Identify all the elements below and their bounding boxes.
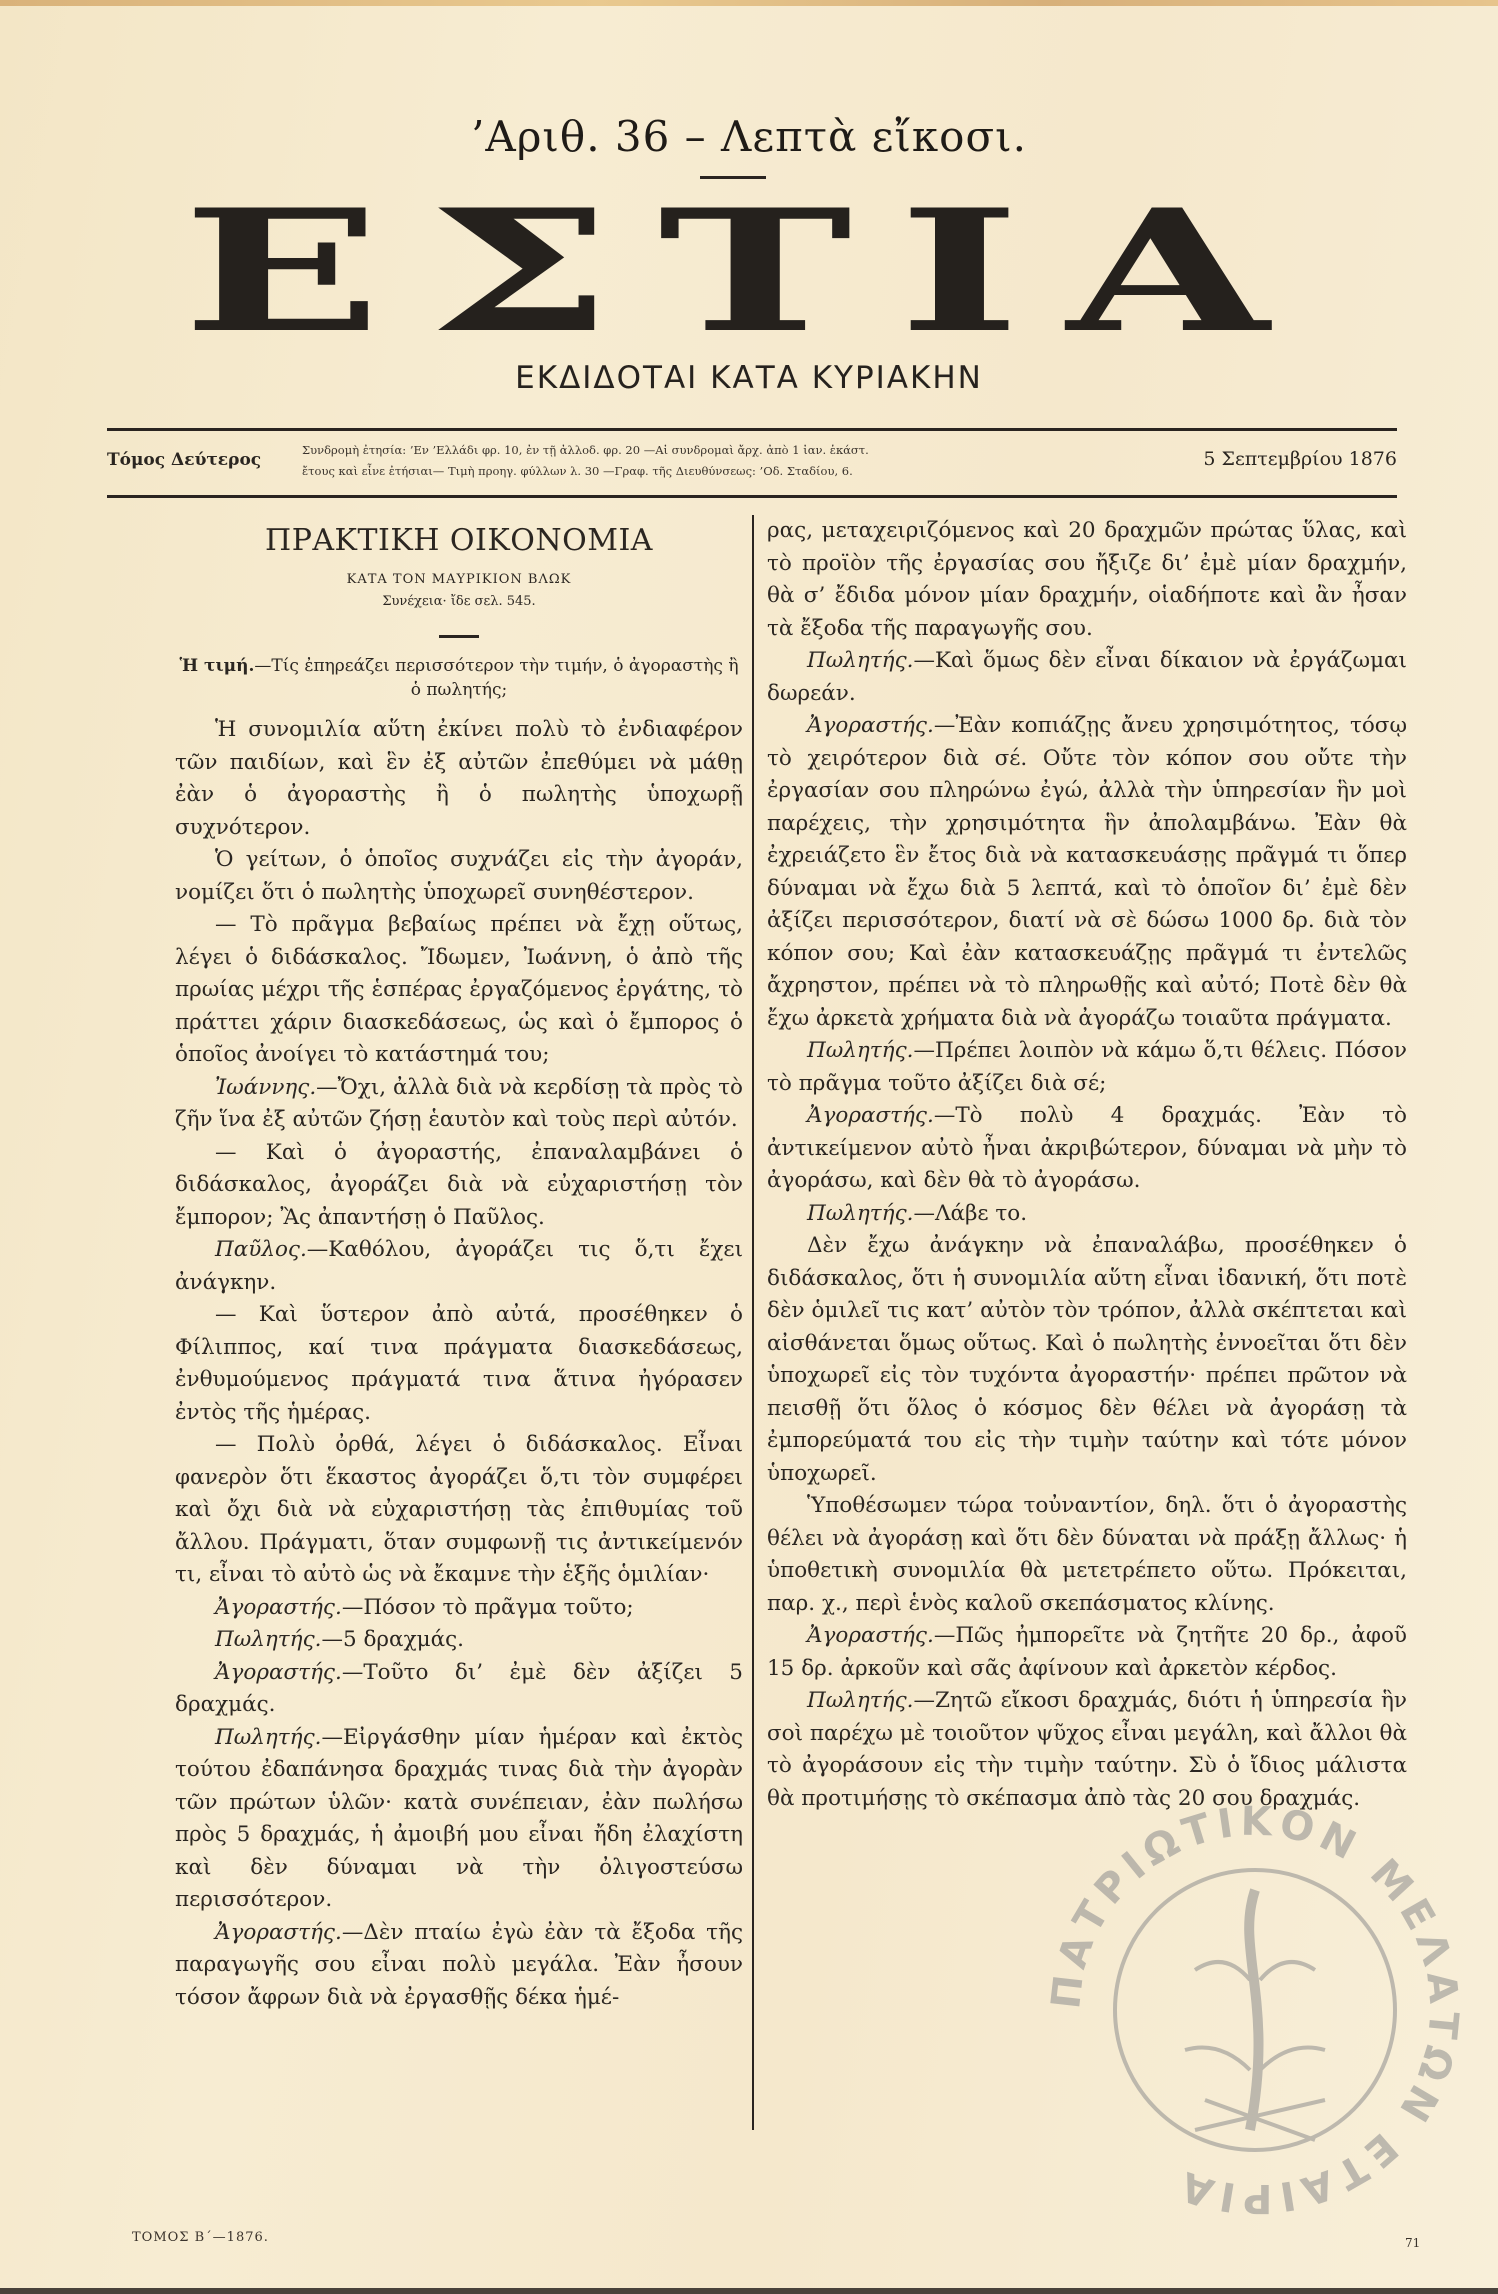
publication-info-band: Τόμος Δεύτερος Συνδρομὴ ἐτησία: ’Εν ’Ελλ…: [107, 428, 1397, 498]
band-rule-top: [107, 428, 1397, 431]
paragraph-text: —Πόσον τὸ πρᾶγμα τοῦτο;: [342, 1595, 634, 1620]
paragraph: Ἀγοραστής.—Τὸ πολὺ 4 δραχμάς. Ἐὰν τὸ ἀντ…: [767, 1100, 1407, 1198]
paragraph: Ὑποθέσωμεν τώρα τοὐναντίον, δηλ. ὅτι ὁ ἀ…: [767, 1490, 1407, 1620]
paragraph: — Καὶ ὕστερον ἀπὸ αὐτά, προσέθηκεν ὁ Φίλ…: [175, 1299, 743, 1429]
svg-text:ΠΑΤΡΙΩΤΙΚΟΝ ΜΕΛΑΤΩΝ ΕΤΑΙΡΙΑ: ΠΑΤΡΙΩΤΙΚΟΝ ΜΕΛΑΤΩΝ ΕΤΑΙΡΙΑ: [1045, 1800, 1465, 2220]
page-bottom-edge: [0, 2288, 1498, 2294]
section-label: Ἡ τιμή.: [179, 656, 254, 676]
paragraph-text: Δὲν ἔχω ἀνάγκην νὰ ἐπαναλάβω, προσέθηκεν…: [767, 1233, 1407, 1486]
right-column: ρας, μεταχειριζόμενος καὶ 20 δραχμῶν πρώ…: [767, 515, 1407, 1815]
paragraph: Ὁ γείτων, ὁ ὁποῖος συχνάζει εἰς τὴν ἀγορ…: [175, 844, 743, 909]
paragraph-text: —Ἐὰν κοπιάζῃς ἄνευ χρησιμότητος, τόσῳ τὸ…: [767, 713, 1407, 1031]
section-heading: Ἡ τιμή.—Τίς ἐπηρεάζει περισσότερον τὴν τ…: [175, 654, 743, 702]
paragraph: Δὲν ἔχω ἀνάγκην νὰ ἐπαναλάβω, προσέθηκεν…: [767, 1230, 1407, 1490]
paragraph: Πωλητής.—5 δραχμάς.: [175, 1624, 743, 1657]
speaker-name: Πωλητής.: [807, 648, 913, 673]
column-divider: [752, 515, 754, 2130]
paragraph-text: ρας, μεταχειριζόμενος καὶ 20 δραχμῶν πρώ…: [767, 518, 1407, 641]
right-paragraphs: ρας, μεταχειριζόμενος καὶ 20 δραχμῶν πρώ…: [767, 515, 1407, 1815]
speaker-name: Πωλητής.: [807, 1038, 913, 1063]
paragraph-text: Ἡ συνομιλία αὕτη ἐκίνει πολὺ τὸ ἐνδιαφέρ…: [175, 717, 743, 840]
paragraph: — Τὸ πρᾶγμα βεβαίως πρέπει νὰ ἔχῃ οὕτως,…: [175, 909, 743, 1072]
band-rule-bottom: [107, 495, 1397, 498]
issue-date: 5 Σεπτεμβρίου 1876: [1203, 448, 1397, 470]
paragraph: Ἀγοραστής.—Δὲν πταίω ἐγὼ ἐὰν τὰ ἔξοδα τῆ…: [175, 1917, 743, 2015]
paragraph-text: Ὁ γείτων, ὁ ὁποῖος συχνάζει εἰς τὴν ἀγορ…: [175, 847, 743, 905]
paragraph: Ἡ συνομιλία αὕτη ἐκίνει πολὺ τὸ ἐνδιαφέρ…: [175, 714, 743, 844]
library-stamp-icon: ΠΑΤΡΙΩΤΙΚΟΝ ΜΕΛΑΤΩΝ ΕΤΑΙΡΙΑ: [1045, 1800, 1465, 2220]
title-divider: [439, 635, 479, 638]
paragraph: Ἀγοραστής.—Τοῦτο δι’ ἐμὲ δὲν ἀξίζει 5 δρ…: [175, 1657, 743, 1722]
page-number: 71: [1405, 2236, 1420, 2250]
subscription-line-2: ἔτους καὶ εἶνε ἐτήσιαι— Τιμὴ προηγ. φύλλ…: [302, 461, 1182, 482]
speaker-name: Ἀγοραστής.: [807, 1103, 934, 1128]
paragraph-text: — Καὶ ὁ ἀγοραστής, ἐπαναλαμβάνει ὁ διδάσ…: [175, 1140, 743, 1230]
page-top-edge: [0, 0, 1498, 6]
paragraph: Πωλητής.—Πρέπει λοιπὸν νὰ κάμω ὅ,τι θέλε…: [767, 1035, 1407, 1100]
speaker-name: Ἰωάννης.: [215, 1075, 316, 1100]
speaker-name: Πωλητής.: [215, 1627, 321, 1652]
speaker-name: Ἀγοραστής.: [807, 1623, 934, 1648]
paragraph-text: —Εἰργάσθην μίαν ἡμέραν καὶ ἐκτὸς τούτου …: [175, 1725, 743, 1913]
paragraph: ρας, μεταχειριζόμενος καὶ 20 δραχμῶν πρώ…: [767, 515, 1407, 645]
masthead-title: ΕΣΤΙΑ: [0, 196, 1498, 346]
paragraph: Πωλητής.—Ζητῶ εἴκοσι δραχμάς, διότι ἡ ὑπ…: [767, 1685, 1407, 1815]
paragraph: Πωλητής.—Καὶ ὅμως δὲν εἶναι δίκαιον νὰ ἐ…: [767, 645, 1407, 710]
paragraph: Ἀγοραστής.—Πόσον τὸ πρᾶγμα τοῦτο;: [175, 1592, 743, 1625]
stamp-text: ΠΑΤΡΙΩΤΙΚΟΝ ΜΕΛΑΤΩΝ ΕΤΑΙΡΙΑ: [1045, 1800, 1465, 2220]
speaker-name: Παῦλος.: [215, 1237, 307, 1262]
speaker-name: Πωλητής.: [215, 1725, 321, 1750]
paragraph: Πωλητής.—Εἰργάσθην μίαν ἡμέραν καὶ ἐκτὸς…: [175, 1722, 743, 1917]
volume-signature: ΤΟΜΟΣ Β΄—1876.: [132, 2230, 269, 2245]
paragraph-text: — Καὶ ὕστερον ἀπὸ αὐτά, προσέθηκεν ὁ Φίλ…: [175, 1302, 743, 1425]
paragraph: — Πολὺ ὀρθά, λέγει ὁ διδάσκαλος. Εἶναι φ…: [175, 1429, 743, 1592]
paragraph: Ἀγοραστής.—Ἐὰν κοπιάζῃς ἄνευ χρησιμότητο…: [767, 710, 1407, 1035]
article-title: ΠΡΑΚΤΙΚΗ ΟΙΚΟΝΟΜΙΑ: [175, 521, 743, 561]
speaker-name: Πωλητής.: [807, 1201, 913, 1226]
speaker-name: Ἀγοραστής.: [807, 713, 934, 738]
left-column: ΠΡΑΚΤΙΚΗ ΟΙΚΟΝΟΜΙΑ ΚΑΤΑ ΤΟΝ ΜΑΥΡΙΚΙΟΝ ΒΛ…: [175, 515, 743, 2014]
paragraph-text: —Λάβε το.: [913, 1201, 1027, 1226]
speaker-name: Ἀγοραστής.: [215, 1595, 342, 1620]
paragraph: — Καὶ ὁ ἀγοραστής, ἐπαναλαμβάνει ὁ διδάσ…: [175, 1137, 743, 1235]
left-paragraphs: Ἡ συνομιλία αὕτη ἐκίνει πολὺ τὸ ἐνδιαφέρ…: [175, 714, 743, 2014]
paragraph: Πωλητής.—Λάβε το.: [767, 1198, 1407, 1231]
paragraph-text: — Πολὺ ὀρθά, λέγει ὁ διδάσκαλος. Εἶναι φ…: [175, 1432, 743, 1587]
continuation-note: Συνέχεια· ἴδε σελ. 545.: [175, 591, 743, 613]
paragraph: Ἰωάννης.—Ὄχι, ἀλλὰ διὰ νὰ κερδίσῃ τὰ πρὸ…: [175, 1072, 743, 1137]
issue-number-price: ’Αριθ. 36 – Λεπτὰ εἴκοσι.: [0, 112, 1498, 161]
section-question: —Τίς ἐπηρεάζει περισσότερον τὴν τιμήν, ὁ…: [254, 656, 738, 700]
newspaper-page: ’Αριθ. 36 – Λεπτὰ εἴκοσι. ΕΣΤΙΑ ΕΚΔΙΔΟΤΑ…: [0, 0, 1498, 2294]
paragraph-text: — Τὸ πρᾶγμα βεβαίως πρέπει νὰ ἔχῃ οὕτως,…: [175, 912, 743, 1067]
speaker-name: Ἀγοραστής.: [215, 1660, 342, 1685]
paragraph-text: —5 δραχμάς.: [321, 1627, 464, 1652]
paragraph: Ἀγοραστής.—Πῶς ἠμπορεῖτε νὰ ζητῆτε 20 δρ…: [767, 1620, 1407, 1685]
speaker-name: Ἀγοραστής.: [215, 1920, 342, 1945]
speaker-name: Πωλητής.: [807, 1688, 913, 1713]
subscription-info: Συνδρομὴ ἐτησία: ’Εν ’Ελλάδι φρ. 10, ἐν …: [302, 440, 1182, 482]
article-byline: ΚΑΤΑ ΤΟΝ ΜΑΥΡΙΚΙΟΝ ΒΛΩΚ: [175, 569, 743, 591]
subscription-line-1: Συνδρομὴ ἐτησία: ’Εν ’Ελλάδι φρ. 10, ἐν …: [302, 440, 1182, 461]
paragraph-text: Ὑποθέσωμεν τώρα τοὐναντίον, δηλ. ὅτι ὁ ἀ…: [767, 1493, 1407, 1616]
masthead-subtitle: ΕΚΔΙΔΟΤΑΙ ΚΑΤΑ ΚΥΡΙΑΚΗΝ: [0, 360, 1498, 396]
volume-label: Τόμος Δεύτερος: [107, 450, 261, 470]
paragraph: Παῦλος.—Καθόλου, ἀγοράζει τις ὅ,τι ἔχει …: [175, 1234, 743, 1299]
